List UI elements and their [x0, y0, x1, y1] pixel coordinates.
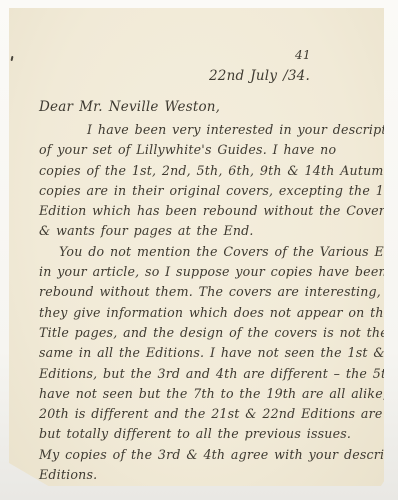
letter-line: Editions, but the 3rd and 4th are differ…: [39, 364, 378, 384]
letter-line: Editions.: [39, 465, 378, 485]
letter-line: Title pages, and the design of the cover…: [39, 323, 378, 343]
letter-line: of your set of Lillywhite's Guides. I ha…: [39, 140, 378, 160]
letter-line-with-correction: 20th is different and the 21st & 22nd Ed…: [39, 404, 378, 424]
letter-line: My copies of the 3rd & 4th agree with yo…: [39, 445, 378, 465]
letter-line: have not seen but the 7th to the 19th ar…: [39, 384, 378, 404]
letter-body: I have been very interested in your desc…: [39, 120, 378, 500]
letter-line: Edition which has been rebound without t…: [39, 201, 378, 221]
letter-line: copies are in their original covers, exc…: [39, 181, 378, 201]
letter-line: I have been very interested in your desc…: [39, 120, 378, 140]
letter-line: in your article, so I suppose your copie…: [39, 262, 378, 282]
letter-date: 22nd July /34.: [209, 68, 310, 84]
letter-line: copies of the 1st, 2nd, 5th, 6th, 9th & …: [39, 161, 378, 181]
letter-line: You do not mention the Covers of the Var…: [39, 242, 378, 262]
letter-line: they give information which does not app…: [39, 303, 378, 323]
letter-paper: 41 22nd July /34. Dear Mr. Neville Westo…: [9, 8, 384, 486]
salutation: Dear Mr. Neville Weston,: [39, 99, 220, 115]
letter-line: & wants four pages at the End.: [39, 221, 378, 241]
page-number: 41: [295, 48, 311, 62]
correction-before-text: 20th is different and the 21st & 22nd Ed…: [39, 406, 388, 421]
letter-line: rebound without them. The covers are int…: [39, 282, 378, 302]
letter-line: same in all the Editions. I have not see…: [39, 343, 378, 363]
letter-line: but totally different to all the previou…: [39, 424, 378, 444]
ink-speck: [11, 56, 14, 61]
